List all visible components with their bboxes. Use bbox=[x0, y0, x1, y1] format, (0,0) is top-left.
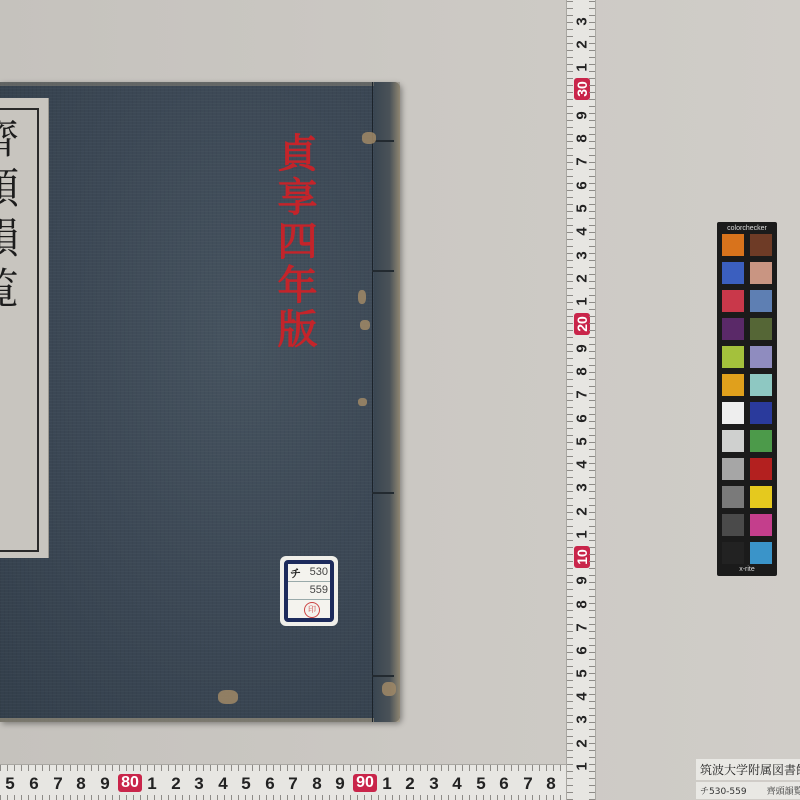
color-swatch bbox=[722, 374, 744, 396]
color-swatch bbox=[722, 402, 744, 424]
color-swatch bbox=[750, 234, 772, 256]
horizontal-measuring-scale: 56789801234567899012345678 bbox=[0, 764, 566, 800]
binding-stitch bbox=[372, 675, 394, 677]
ruler-tick-label: 4 bbox=[574, 223, 591, 241]
ruler-tick-label: 3 bbox=[574, 479, 591, 497]
ruler-tick-label: 6 bbox=[574, 642, 591, 660]
wear-spot bbox=[360, 320, 370, 330]
color-swatch bbox=[722, 346, 744, 368]
color-swatch bbox=[722, 290, 744, 312]
color-swatch bbox=[750, 458, 772, 480]
ruler-tick-label: 8 bbox=[574, 363, 591, 381]
book-spine bbox=[374, 82, 400, 722]
caption-title: 齊頭韻覧 bbox=[767, 784, 800, 797]
xrite-logo: x-rite bbox=[717, 566, 777, 573]
red-inscription: 貞享四年版 bbox=[268, 132, 318, 352]
book-top-edge bbox=[0, 82, 400, 86]
ruler-tick-label: 2 bbox=[574, 36, 591, 54]
ruler-tick-label: 2 bbox=[402, 774, 418, 794]
ruler-tick-label: 5 bbox=[574, 433, 591, 451]
ruler-tick-label: 6 bbox=[262, 774, 278, 794]
vertical-measuring-scale: 321309876543212098765432110987654321 bbox=[566, 0, 596, 800]
ruler-tick-label: 7 bbox=[50, 774, 66, 794]
ruler-tick-label: 8 bbox=[543, 774, 559, 794]
ruler-tick-label: 1 bbox=[574, 526, 591, 544]
color-swatch bbox=[722, 458, 744, 480]
ruler-tick-label: 7 bbox=[574, 386, 591, 404]
ruler-tick-label: 9 bbox=[574, 340, 591, 358]
color-swatch bbox=[750, 430, 772, 452]
label-mark: チ bbox=[290, 565, 301, 581]
ruler-tick-label: 4 bbox=[215, 774, 231, 794]
library-call-label: チ 530 559 印 bbox=[280, 556, 338, 626]
label-line-2: 559 bbox=[288, 582, 330, 600]
color-swatch bbox=[722, 430, 744, 452]
ruler-tick-label: 3 bbox=[574, 247, 591, 265]
ruler-tick-label: 2 bbox=[168, 774, 184, 794]
ruler-tick-label: 9 bbox=[97, 774, 113, 794]
wear-spot bbox=[382, 682, 396, 696]
ruler-tick-label: 6 bbox=[574, 177, 591, 195]
ruler-tick-label: 1 bbox=[144, 774, 160, 794]
ruler-tick-label: 3 bbox=[574, 711, 591, 729]
ruler-tick-label: 4 bbox=[574, 688, 591, 706]
color-swatch bbox=[722, 486, 744, 508]
wear-spot bbox=[362, 132, 376, 144]
color-swatch bbox=[722, 262, 744, 284]
ruler-tick-label: 20 bbox=[574, 313, 590, 335]
ruler-tick-label: 1 bbox=[574, 293, 591, 311]
ruler-tick-label: 1 bbox=[379, 774, 395, 794]
color-swatch bbox=[750, 542, 772, 564]
ruler-tick-label: 8 bbox=[73, 774, 89, 794]
ruler-tick-label: 6 bbox=[574, 410, 591, 428]
ruler-tick-label: 2 bbox=[574, 735, 591, 753]
color-swatch bbox=[750, 486, 772, 508]
wear-spot bbox=[358, 290, 366, 304]
ruler-tick-label: 1 bbox=[574, 758, 591, 776]
book-bottom-edge bbox=[0, 718, 400, 722]
ruler-tick-label: 5 bbox=[473, 774, 489, 794]
ruler-tick-label: 5 bbox=[2, 774, 18, 794]
binding-stitch bbox=[372, 270, 394, 272]
ruler-tick-label: 3 bbox=[426, 774, 442, 794]
wear-spot bbox=[218, 690, 238, 704]
ruler-tick-label: 5 bbox=[574, 665, 591, 683]
color-swatch bbox=[722, 234, 744, 256]
seal-stamp-icon: 印 bbox=[304, 602, 320, 618]
color-swatch-grid bbox=[722, 234, 772, 564]
institution-name: 筑波大学附属図書館 bbox=[696, 759, 800, 780]
ruler-tick-label: 30 bbox=[574, 78, 590, 100]
binding-line bbox=[372, 82, 373, 722]
ruler-tick-label: 9 bbox=[332, 774, 348, 794]
color-swatch bbox=[722, 542, 744, 564]
ruler-tick-label: 9 bbox=[574, 107, 591, 125]
ruler-tick-label: 7 bbox=[574, 153, 591, 171]
ruler-tick-label: 1 bbox=[574, 59, 591, 77]
color-swatch bbox=[722, 514, 744, 536]
ruler-tick-label: 7 bbox=[285, 774, 301, 794]
ruler-tick-label: 4 bbox=[574, 456, 591, 474]
binding-stitch bbox=[372, 492, 394, 494]
ruler-tick-label: 4 bbox=[449, 774, 465, 794]
ruler-tick-label: 7 bbox=[574, 619, 591, 637]
color-swatch bbox=[750, 262, 772, 284]
color-swatch bbox=[750, 374, 772, 396]
ruler-tick-label: 10 bbox=[574, 546, 590, 568]
ruler-tick-label: 5 bbox=[574, 200, 591, 218]
caption-details: チ530-559 齊頭韻覧 bbox=[696, 782, 800, 799]
ruler-tick-label: 90 bbox=[353, 774, 377, 792]
library-call-label-frame: チ 530 559 印 bbox=[284, 560, 334, 622]
ruler-tick-label: 8 bbox=[309, 774, 325, 794]
color-checker-title: colorchecker bbox=[717, 225, 777, 232]
ruler-tick-label: 80 bbox=[118, 774, 142, 792]
call-number: チ530-559 bbox=[700, 784, 747, 797]
ruler-tick-label: 8 bbox=[574, 596, 591, 614]
ruler-tick-label: 7 bbox=[520, 774, 536, 794]
title-slip-text: 齊頭韻覧 bbox=[0, 116, 26, 316]
color-swatch bbox=[750, 346, 772, 368]
color-checker-card: colorchecker x-rite bbox=[717, 222, 777, 576]
title-slip: 齊頭韻覧 bbox=[0, 98, 49, 558]
ruler-tick-label: 6 bbox=[26, 774, 42, 794]
ruler-tick-label: 2 bbox=[574, 270, 591, 288]
color-swatch bbox=[750, 514, 772, 536]
color-swatch bbox=[750, 318, 772, 340]
color-swatch bbox=[750, 402, 772, 424]
ruler-tick-label: 2 bbox=[574, 503, 591, 521]
ruler-tick-label: 9 bbox=[574, 572, 591, 590]
book-cover bbox=[0, 82, 400, 722]
color-swatch bbox=[750, 290, 772, 312]
library-caption: 筑波大学附属図書館 チ530-559 齊頭韻覧 bbox=[696, 759, 800, 799]
ruler-tick-label: 6 bbox=[496, 774, 512, 794]
color-swatch bbox=[722, 318, 744, 340]
ruler-tick-label: 3 bbox=[574, 13, 591, 31]
ruler-tick-label: 3 bbox=[191, 774, 207, 794]
ruler-tick-label: 5 bbox=[238, 774, 254, 794]
ruler-tick-label: 8 bbox=[574, 130, 591, 148]
wear-spot bbox=[358, 398, 367, 406]
